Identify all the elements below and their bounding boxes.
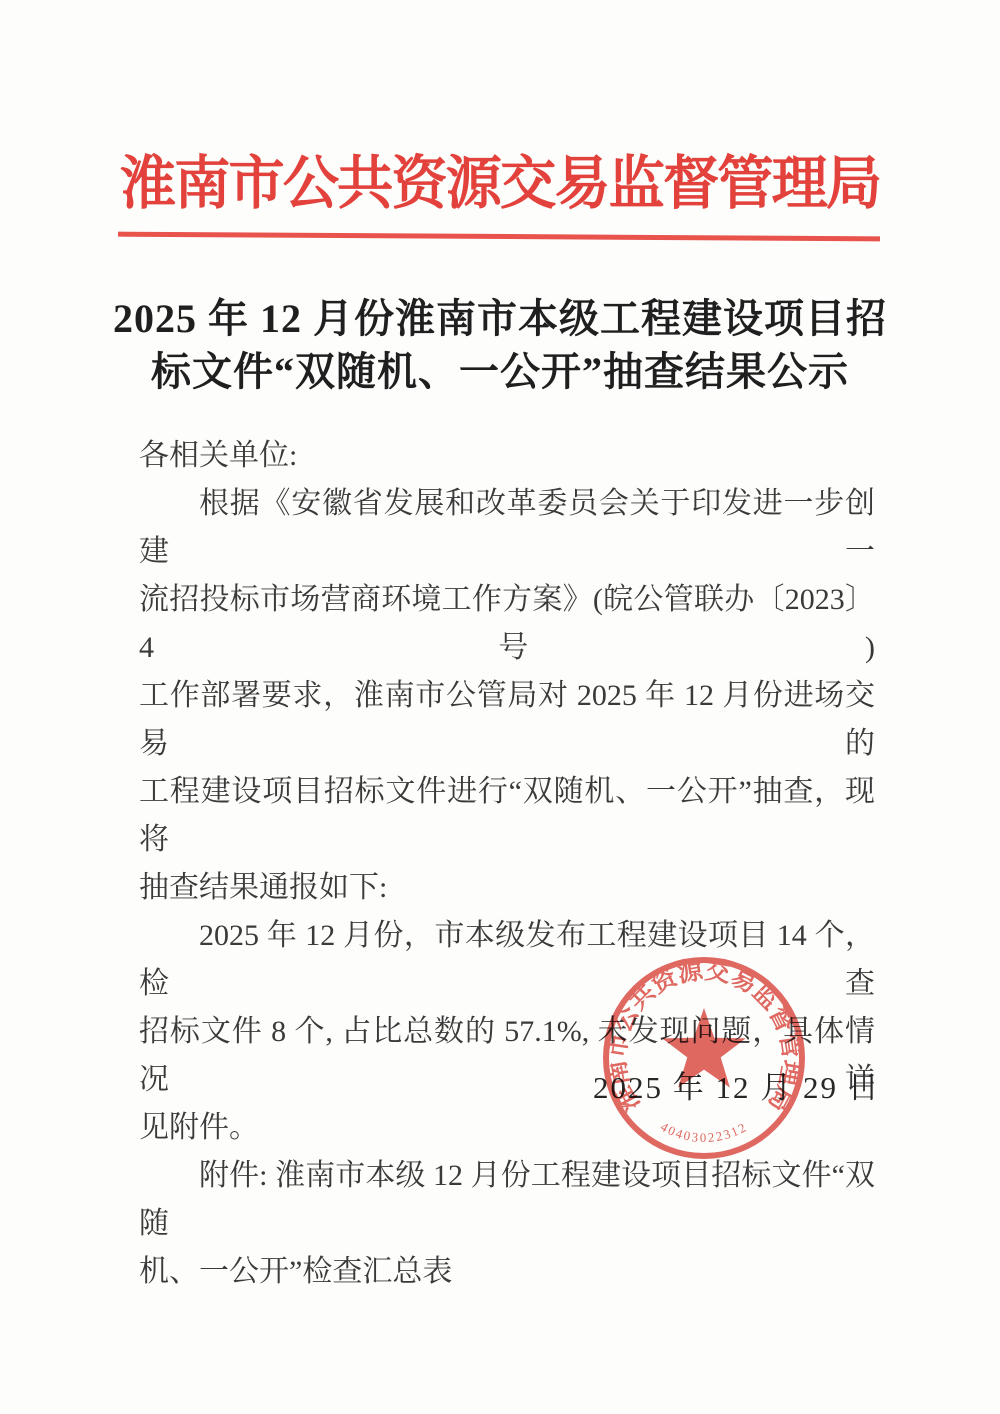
body-line: 工程建设项目招标文件进行“双随机、一公开”抽查，现将 [139, 768, 875, 864]
body-line: 抽查结果通报如下: [139, 864, 875, 912]
document-title: 2025 年 12 月份淮南市本级工程建设项目招 标文件“双随机、一公开”抽查结… [0, 292, 1000, 398]
document-page: 淮南市公共资源交易监督管理局 2025 年 12 月份淮南市本级工程建设项目招 … [0, 0, 1000, 1414]
letterhead-agency-name: 淮南市公共资源交易监督管理局 [15, 136, 985, 220]
body-line: 2025 年 12 月份，市本级发布工程建设项目 14 个，检查 [139, 912, 875, 1008]
letterhead-divider-rule [118, 232, 880, 242]
document-date: 2025 年 12 月 29 日 [593, 1062, 881, 1107]
body-text: 各相关单位:根据《安徽省发展和改革委员会关于印发进一步创建一流招投标市场营商环境… [139, 432, 875, 1296]
body-line: 工作部署要求，淮南市公管局对 2025 年 12 月份进场交易的 [139, 672, 875, 768]
body-line: 流招投标市场营商环境工作方案》(皖公管联办〔2023〕4 号) [139, 576, 875, 672]
body-line: 附件: 淮南市本级 12 月份工程建设项目招标文件“双随 [139, 1152, 875, 1248]
body-line: 各相关单位: [139, 432, 875, 480]
body-line: 见附件。 [139, 1104, 875, 1152]
body-line: 根据《安徽省发展和改革委员会关于印发进一步创建一 [139, 480, 875, 576]
document-title-line1: 2025 年 12 月份淮南市本级工程建设项目招 [0, 292, 1000, 345]
body-line: 机、一公开”检查汇总表 [139, 1248, 875, 1296]
document-title-line2: 标文件“双随机、一公开”抽查结果公示 [0, 345, 1000, 398]
